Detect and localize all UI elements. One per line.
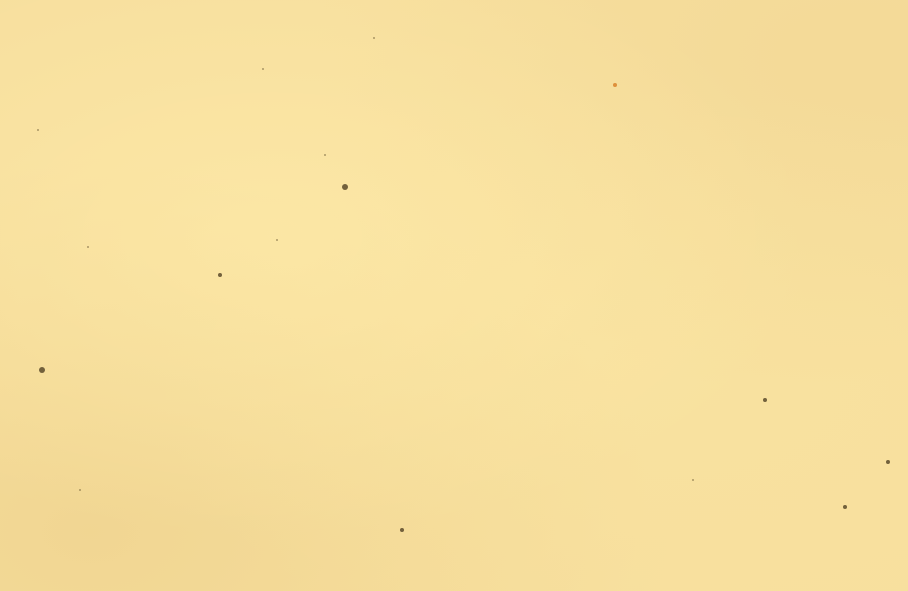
paper-speck xyxy=(342,184,348,190)
paper-speck xyxy=(324,154,326,156)
paper-speck xyxy=(373,37,375,39)
paper-speck xyxy=(218,273,222,277)
paper-speck xyxy=(276,239,278,241)
paper-speck xyxy=(763,398,767,402)
paper-background xyxy=(0,0,908,591)
paper-speck xyxy=(39,367,45,373)
paper-speck xyxy=(692,479,694,481)
paper-speck xyxy=(262,68,264,70)
paper-speck xyxy=(87,246,89,248)
paper-speck xyxy=(400,528,404,532)
paper-speck xyxy=(37,129,39,131)
paper-speck xyxy=(843,505,847,509)
paper-speck xyxy=(613,83,617,87)
paper-speck xyxy=(886,460,890,464)
paper-speck xyxy=(79,489,81,491)
